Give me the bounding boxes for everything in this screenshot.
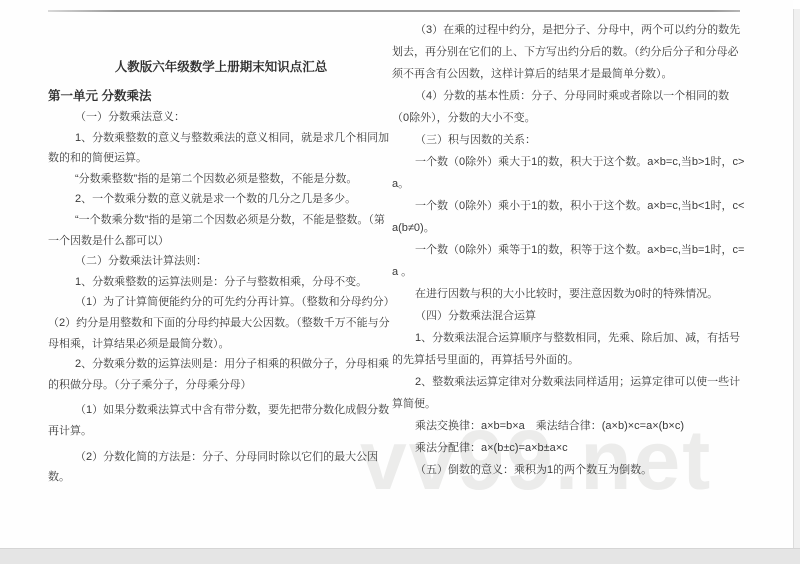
paragraph: 2、分数乘分数的运算法则是：用分子相乘的积做分子，分母相乘的积做分母。（分子乘分… (48, 354, 394, 395)
paragraph: （1）为了计算简便能约分的可先约分再计算。（整数和分母约分）（2）约分是用整数和… (48, 292, 394, 354)
paragraph: 1、分数乘整数的意义与整数乘法的意义相同，就是求几个相同加数的和的简便运算。 (48, 128, 394, 169)
right-column: （3）在乘的过程中约分，是把分子、分母中，两个可以约分的数先划去，再分别在它们的… (392, 19, 746, 481)
paragraph: 1、分数乘整数的运算法则是：分子与整数相乘，分母不变。 (48, 272, 394, 293)
paragraph: （四）分数乘法混合运算 (392, 305, 746, 327)
paragraph: （4）分数的基本性质：分子、分母同时乘或者除以一个相同的数（0除外），分数的大小… (392, 85, 746, 129)
document-title: 人教版六年级数学上册期末知识点汇总 (48, 57, 394, 75)
paragraph: 乘法交换律：a×b=b×a 乘法结合律：(a×b)×c=a×(b×c) (392, 415, 746, 437)
page-right-edge (793, 9, 800, 548)
bottom-gray-bar (0, 548, 800, 564)
paragraph: （二）分数乘法计算法则： (48, 251, 394, 272)
paragraph: （三）积与因数的关系： (392, 129, 746, 151)
paragraph: （1）如果分数乘法算式中含有带分数，要先把带分数化成假分数再计算。 (48, 400, 394, 441)
paragraph: 2、整数乘法运算定律对分数乘法同样适用；运算定律可以使一些计算简便。 (392, 371, 746, 415)
paragraph: （2）分数化简的方法是：分子、分母同时除以它们的最大公因数。 (48, 447, 394, 488)
section-heading: 第一单元 分数乘法 (48, 86, 394, 107)
paragraph: 乘法分配律：a×(b±c)=a×b±a×c (392, 437, 746, 459)
left-column: 第一单元 分数乘法 （一）分数乘法意义： 1、分数乘整数的意义与整数乘法的意义相… (48, 86, 394, 488)
paragraph: “分数乘整数”指的是第二个因数必须是整数，不能是分数。 (48, 169, 394, 190)
paragraph: （3）在乘的过程中约分，是把分子、分母中，两个可以约分的数先划去，再分别在它们的… (392, 19, 746, 85)
paragraph: 2、一个数乘分数的意义就是求一个数的几分之几是多少。 (48, 189, 394, 210)
paragraph: （五）倒数的意义：乘积为1的两个数互为倒数。 (392, 459, 746, 481)
paragraph: （一）分数乘法意义： (48, 107, 394, 128)
paragraph: “一个数乘分数”指的是第二个因数必须是分数，不能是整数。（第一个因数是什么都可以… (48, 210, 394, 251)
paragraph: 在进行因数与积的大小比较时，要注意因数为0时的特殊情况。 (392, 283, 746, 305)
paragraph: 一个数（0除外）乘大于1的数，积大于这个数。a×b=c,当b>1时，c>a。 (392, 151, 746, 195)
page-top-rule (48, 10, 740, 12)
paragraph: 一个数（0除外）乘等于1的数，积等于这个数。a×b=c,当b=1时，c=a 。 (392, 239, 746, 283)
paragraph: 1、分数乘法混合运算顺序与整数相同，先乘、除后加、减，有括号的先算括号里面的，再… (392, 327, 746, 371)
paragraph: 一个数（0除外）乘小于1的数，积小于这个数。a×b=c,当b<1时，c<a(b≠… (392, 195, 746, 239)
document-page: vv99.net 人教版六年级数学上册期末知识点汇总 第一单元 分数乘法 （一）… (0, 0, 793, 548)
